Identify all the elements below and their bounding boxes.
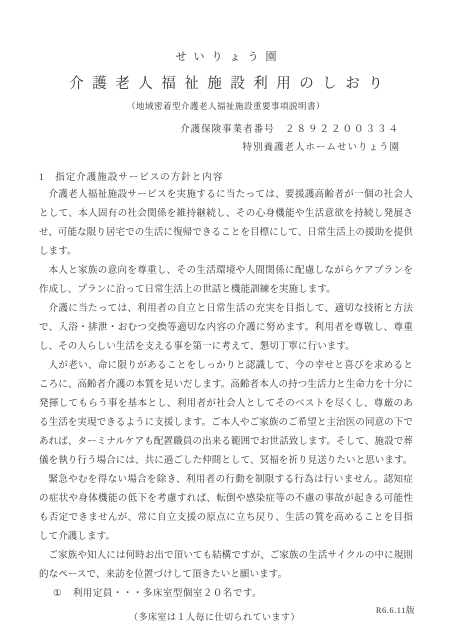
provider-number-value: ２８９２２００３３４: [285, 125, 400, 135]
provider-number-label: 介護保険事業者番号: [180, 125, 275, 135]
capacity-item-text: 利用定員・・・多床室型個室２０名です。: [73, 589, 262, 599]
paragraph: 本人と家族の意向を尊重し、その生活環境や人間関係に配慮しながらケアプランを作成し…: [39, 262, 413, 300]
capacity-item: ① 利用定員・・・多床室型個室２０名です。: [39, 585, 413, 604]
document-page: せいりょう園 介護老人福祉施設利用のしおり （地域密着型介護老人福祉施設重要事項…: [0, 0, 452, 640]
paragraph: 人が老い、命に限りがあることをしっかりと認識して、今の幸せと喜びを求めるところに…: [39, 357, 413, 471]
paragraph: ご家族や知人には何時お出で頂いても結構ですが、ご家族の生活サイクルの中に規則的な…: [39, 547, 413, 585]
document-header: せいりょう園 介護老人福祉施設利用のしおり （地域密着型介護老人福祉施設重要事項…: [39, 48, 413, 112]
capacity-item-marker: ①: [53, 589, 62, 599]
version-label: R6.6.11版: [376, 604, 415, 616]
paragraph: 介護老人福祉施設サービスを実施するに当たっては、要援護高齢者が一個の社会人として…: [39, 186, 413, 262]
document-title: 介護老人福祉施設利用のしおり: [39, 72, 413, 93]
document-subtitle: （地域密着型介護老人福祉施設重要事項説明書）: [39, 100, 413, 112]
capacity-note: （多床室は１人毎に仕切られています）: [39, 608, 413, 627]
provider-number-line: 介護保険事業者番号 ２８９２２００３３４: [39, 121, 400, 139]
facility-title: せいりょう園: [39, 48, 413, 64]
section-body: 介護老人福祉施設サービスを実施するに当たっては、要援護高齢者が一個の社会人として…: [39, 186, 413, 585]
paragraph: 緊急やむを得ない場合を除き、利用者の行動を制限する行為は行いません。認知症の症状…: [39, 471, 413, 547]
section-heading: 1 指定介護施設サービスの方針と内容: [39, 169, 413, 183]
provider-info-block: 介護保険事業者番号 ２８９２２００３３４ 特別養護老人ホームせいりょう園: [39, 121, 413, 157]
facility-name: 特別養護老人ホームせいりょう園: [39, 139, 400, 157]
paragraph: 介護に当たっては、利用者の自立と日常生活の充実を目指して、適切な技術と方法で、入…: [39, 300, 413, 357]
